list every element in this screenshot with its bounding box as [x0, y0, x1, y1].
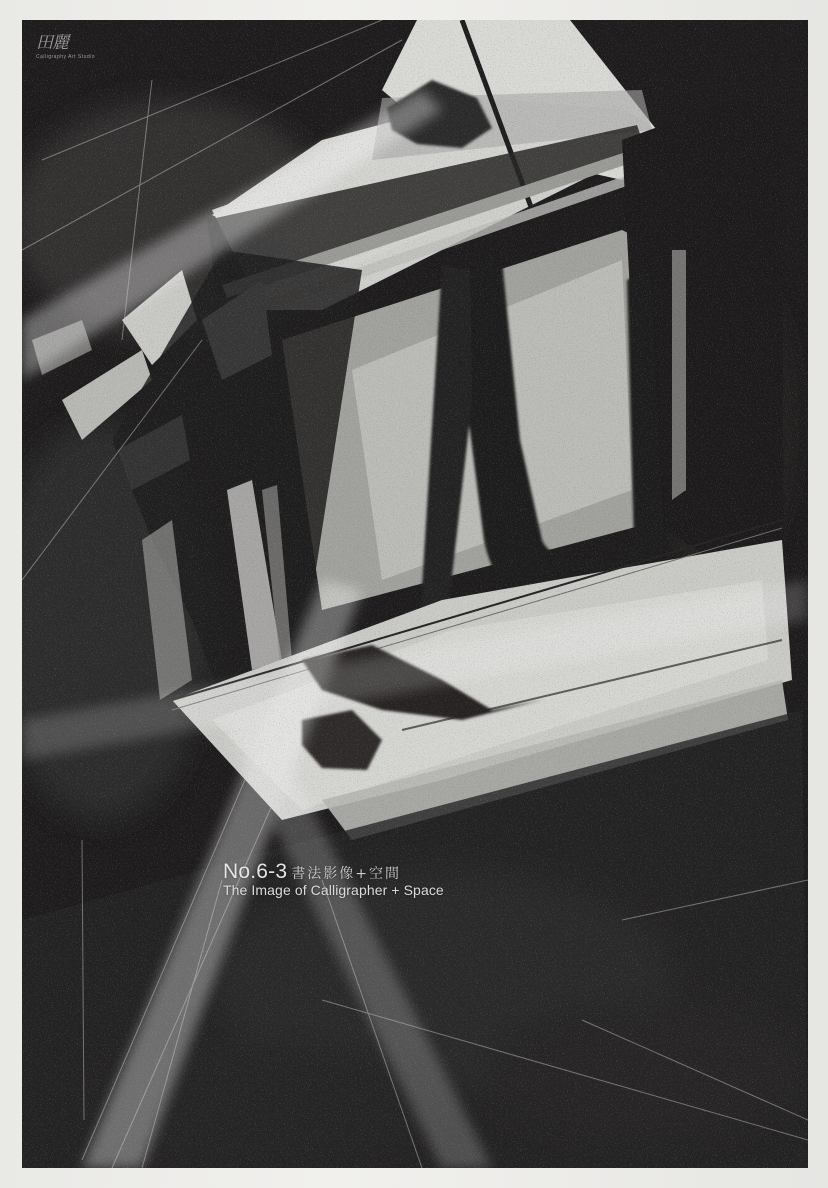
title-chinese: 書法影像+空間: [291, 863, 401, 883]
title-english: The Image of Calligrapher + Space: [223, 882, 444, 898]
artwork-composition: [22, 20, 808, 1168]
poster-artwork: 田麗 Calligraphy Art Studio No.6-3 書法影像+空間…: [22, 20, 808, 1168]
title-number: No.6-3: [223, 860, 287, 884]
poster-title: No.6-3 書法影像+空間 The Image of Calligrapher…: [223, 860, 444, 898]
logo-subtitle: Calligraphy Art Studio: [36, 54, 95, 60]
logo-mark: 田麗: [36, 28, 95, 53]
title-line: No.6-3 書法影像+空間: [223, 860, 444, 884]
studio-logo: 田麗 Calligraphy Art Studio: [36, 28, 95, 60]
